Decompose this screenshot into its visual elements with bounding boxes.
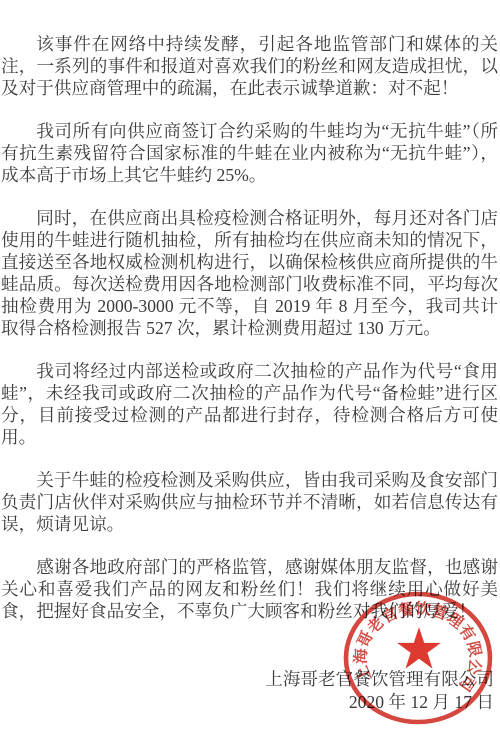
star-icon (397, 627, 441, 669)
paragraph-6: 感谢各地政府部门的严格监管，感谢媒体朋友监督，也感谢关心和喜爱我们产品的网友和粉… (1, 556, 498, 622)
apology-letter-page: 该事件在网络中持续发酵，引起各地监管部门和媒体的关注，一系列的事件和报道对喜欢我… (0, 0, 500, 731)
paragraph-3: 同时，在供应商出具检疫检测合格证明外，每月还对各门店使用的牛蛙进行随机抽检，所有… (1, 207, 498, 339)
paragraph-2: 我司所有向供应商签订合约采购的牛蛙均为“无抗牛蛙”（所有抗生素残留符合国家标准的… (1, 120, 498, 186)
signature-block: 上海哥老官餐饮管理有限公司 2020 年 12 月 17 日 (1, 668, 498, 714)
paragraph-5: 关于牛蛙的检疫检测及采购供应，皆由我司采购及食安部门负责门店伙伴对采购供应与抽检… (1, 469, 498, 535)
paragraph-4: 我司将经过内部送检或政府二次抽检的产品作为代号“食用蛙”，未经我司或政府二次抽检… (1, 360, 498, 448)
signature-date: 2020 年 12 月 17 日 (1, 691, 494, 714)
signature-company-name: 上海哥老官餐饮管理有限公司 (1, 668, 494, 691)
paragraph-1: 该事件在网络中持续发酵，引起各地监管部门和媒体的关注，一系列的事件和报道对喜欢我… (1, 33, 498, 99)
